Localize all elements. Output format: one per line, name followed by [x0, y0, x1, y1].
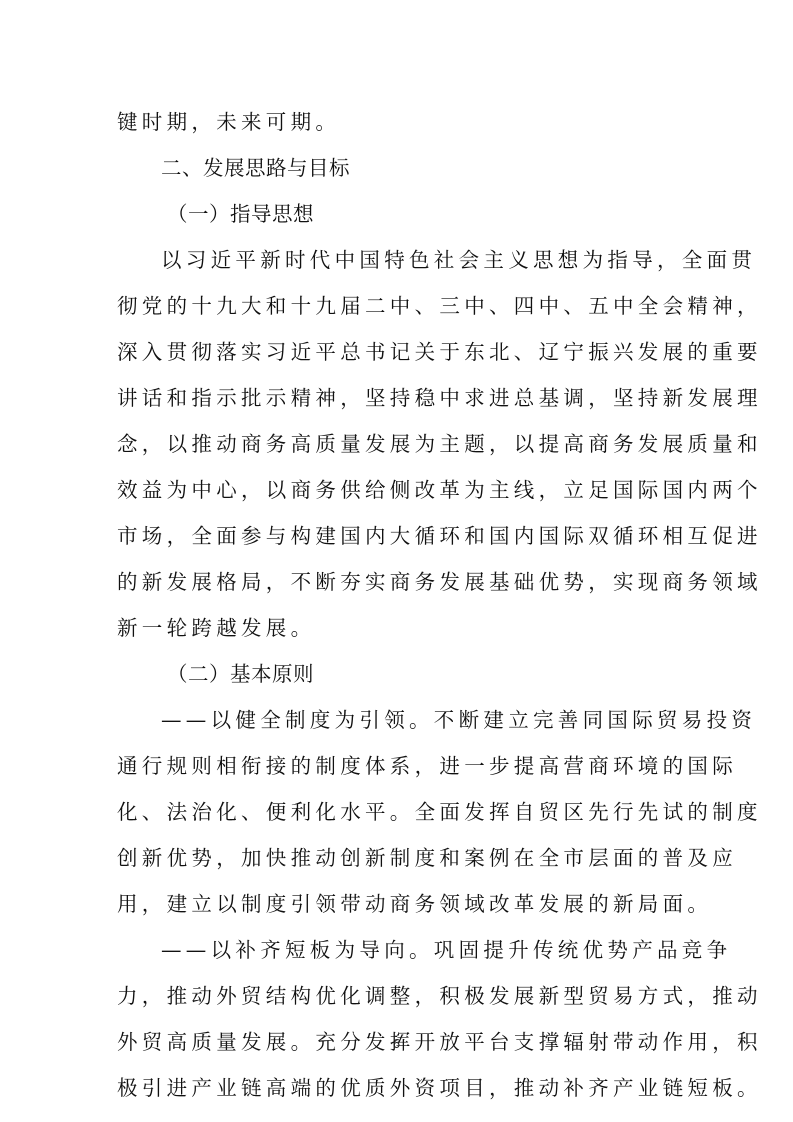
text-line: 化、法治化、便利化水平。全面发挥自贸区先行先试的制度 [117, 789, 679, 835]
text-line: 以习近平新时代中国特色社会主义思想为指导，全面贯 [117, 237, 679, 283]
page-content: 键时期，未来可期。 二、发展思路与目标 （一）指导思想 以习近平新时代中国特色社… [117, 99, 679, 1111]
text-line: 彻党的十九大和十九届二中、三中、四中、五中全会精神， [117, 283, 679, 329]
text-line: 创新优势，加快推动创新制度和案例在全市层面的普及应 [117, 835, 679, 881]
subsection-heading-basic-principles: （二）基本原则 [117, 651, 679, 697]
text-line: 力，推动外贸结构优化调整，积极发展新型贸易方式，推动 [117, 973, 679, 1019]
text-line: 极引进产业链高端的优质外资项目，推动补齐产业链短板。 [117, 1065, 679, 1111]
text-line: 市场，全面参与构建国内大循环和国内国际双循环相互促进 [117, 513, 679, 559]
document-page: 键时期，未来可期。 二、发展思路与目标 （一）指导思想 以习近平新时代中国特色社… [0, 0, 793, 1122]
subsection-heading-guiding-ideology: （一）指导思想 [117, 191, 679, 237]
text-line: 讲话和指示批示精神，坚持稳中求进总基调，坚持新发展理 [117, 375, 679, 421]
text-line: 念，以推动商务高质量发展为主题，以提高商务发展质量和 [117, 421, 679, 467]
text-line: 通行规则相衔接的制度体系，进一步提高营商环境的国际 [117, 743, 679, 789]
text-line: 新一轮跨越发展。 [117, 605, 679, 651]
guiding-ideology-paragraph: 以习近平新时代中国特色社会主义思想为指导，全面贯 彻党的十九大和十九届二中、三中… [117, 237, 679, 651]
page-number: 6 [0, 1037, 793, 1051]
text-line: 用，建立以制度引领带动商务领域改革发展的新局面。 [117, 881, 679, 927]
continuation-paragraph: 键时期，未来可期。 [117, 99, 679, 145]
principle-institution-paragraph: ——以健全制度为引领。不断建立完善同国际贸易投资 通行规则相衔接的制度体系，进一… [117, 697, 679, 927]
section-heading: 二、发展思路与目标 [117, 145, 679, 191]
text-line: 的新发展格局，不断夯实商务发展基础优势，实现商务领域 [117, 559, 679, 605]
text-line: 键时期，未来可期。 [117, 99, 679, 145]
principle-shortcomings-paragraph: ——以补齐短板为导向。巩固提升传统优势产品竞争 力，推动外贸结构优化调整，积极发… [117, 927, 679, 1111]
text-line: ——以健全制度为引领。不断建立完善同国际贸易投资 [117, 697, 679, 743]
text-line: 深入贯彻落实习近平总书记关于东北、辽宁振兴发展的重要 [117, 329, 679, 375]
text-line: 效益为中心，以商务供给侧改革为主线，立足国际国内两个 [117, 467, 679, 513]
text-line: ——以补齐短板为导向。巩固提升传统优势产品竞争 [117, 927, 679, 973]
